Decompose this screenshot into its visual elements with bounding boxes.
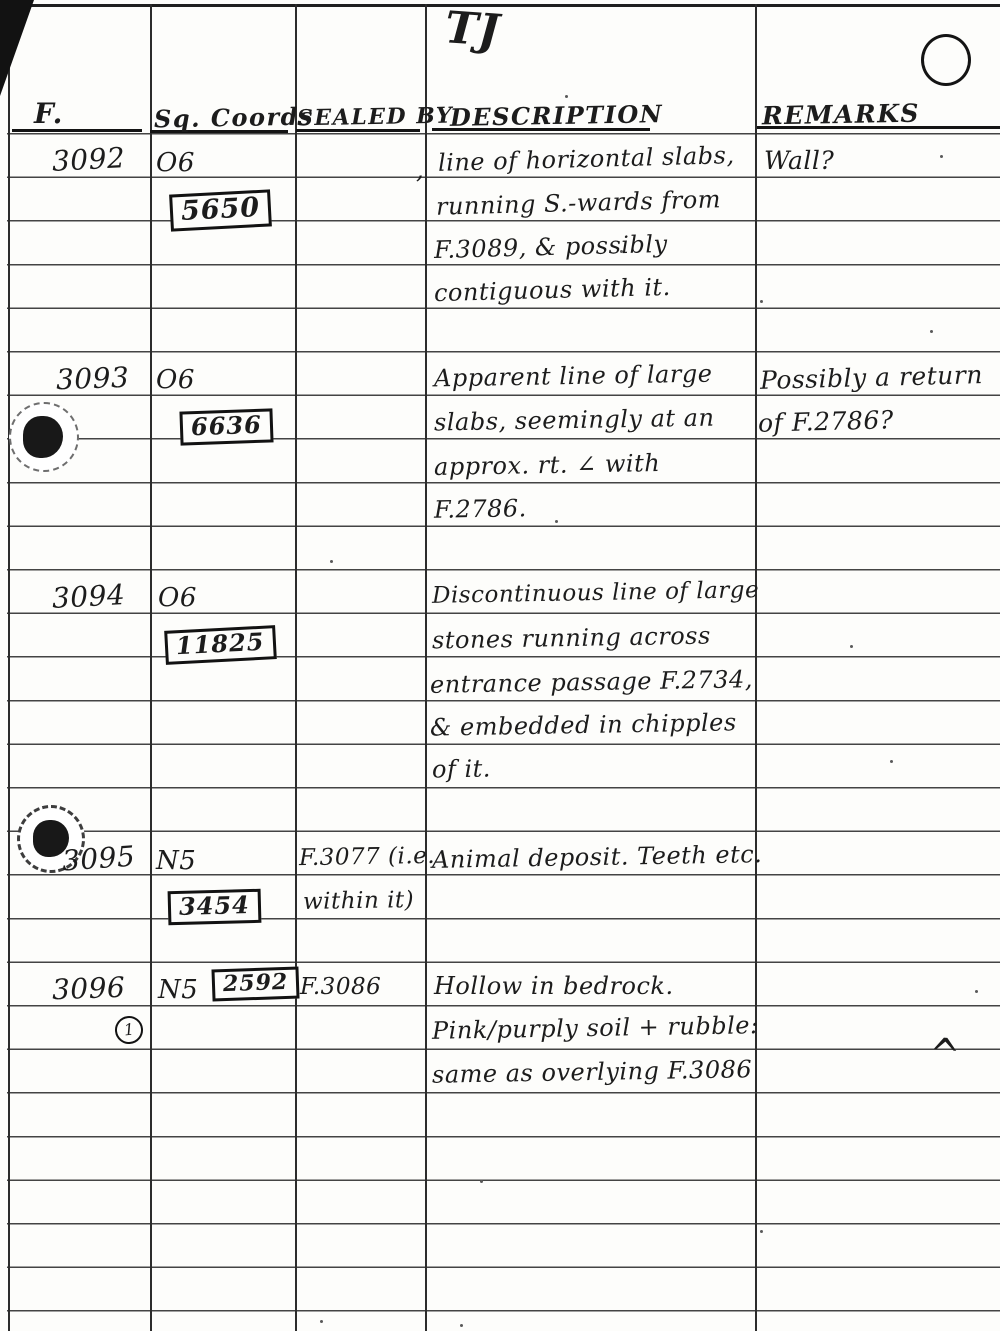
- description-line: of it.: [432, 756, 491, 781]
- scan-speck: [760, 300, 763, 303]
- description-line: slabs, seemingly at an: [434, 406, 715, 435]
- scan-speck: [930, 330, 933, 333]
- find-box-number: 5650: [169, 189, 272, 231]
- find-box-number: 3454: [168, 889, 262, 925]
- scan-speck: [480, 1180, 483, 1183]
- scan-speck: [940, 155, 943, 158]
- description-line: line of horizontal slabs,: [438, 143, 735, 175]
- feature-number: 3096: [52, 974, 126, 1005]
- scan-speck: [975, 990, 978, 993]
- description-line: contiguous with it.: [434, 275, 671, 305]
- sealed-by-line: within it): [303, 889, 415, 914]
- description-line: entrance passage F.2734,: [430, 667, 753, 697]
- column-divider-desc-remarks: [755, 4, 757, 1331]
- description-line: F.3089, & possibly: [434, 232, 668, 262]
- description-line: running S.-wards from: [436, 187, 722, 218]
- find-box-number: 11825: [164, 625, 276, 665]
- description-line: & embedded in chipples: [430, 710, 737, 739]
- remarks-line: of F.2786?: [758, 407, 894, 436]
- description-line: stones running across: [432, 624, 711, 653]
- punch-hole-upper: [9, 402, 79, 472]
- scan-speck: [565, 95, 568, 98]
- scan-speck: [555, 520, 558, 523]
- column-divider-sq-sealed: [295, 4, 297, 1331]
- find-box-number: 6636: [179, 408, 273, 445]
- scanned-feature-register-page: TJ ^ , F. Sq. Coords SEALED BY DESCRIPTI…: [0, 0, 1000, 1331]
- column-divider-f-sq: [150, 4, 152, 1331]
- scan-speck: [320, 1320, 323, 1323]
- drawn-circle-mark: [921, 34, 971, 86]
- column-header-sq-coords: Sq. Coords: [154, 105, 314, 132]
- description-line: Animal deposit. Teeth etc.: [432, 842, 763, 872]
- square-coords: N5: [158, 977, 198, 1003]
- sealed-by-line: F.3077 (i.e.: [299, 845, 435, 870]
- square-coords: O6: [158, 585, 197, 611]
- scan-corner-artifact: [0, 0, 34, 96]
- description-line: approx. rt. ∠ with: [434, 451, 661, 479]
- square-coords: N5: [156, 848, 196, 874]
- caret-mark: ^: [928, 1033, 961, 1081]
- scan-speck: [890, 760, 893, 763]
- find-box-number: 2592: [211, 966, 299, 1001]
- column-header-sealed-by: SEALED BY: [297, 105, 453, 130]
- description-line: Apparent line of large: [434, 362, 713, 391]
- scan-speck: [330, 560, 333, 563]
- header-underline-f: [12, 129, 142, 132]
- square-coords: O6: [156, 367, 195, 393]
- description-line: Hollow in bedrock.: [434, 974, 674, 998]
- description-line: Pink/purply soil + rubble:: [432, 1013, 759, 1043]
- remarks-line: Wall?: [764, 148, 834, 173]
- scan-speck: [760, 1230, 763, 1233]
- feature-number: 3094: [51, 581, 126, 613]
- stray-comma-mark: ,: [416, 158, 424, 182]
- square-coords: O6: [156, 150, 195, 176]
- description-line: same as overlying F.3086: [432, 1057, 753, 1087]
- description-line: F.2786.: [434, 496, 527, 522]
- scan-speck: [460, 1324, 463, 1327]
- feature-number: 3095: [61, 842, 136, 875]
- column-header-remarks: REMARKS: [762, 101, 920, 129]
- remarks-line: Possibly a return: [760, 362, 983, 393]
- column-header-f: F.: [34, 100, 64, 128]
- feature-number: 3092: [51, 144, 126, 176]
- column-header-description: DESCRIPTION: [450, 102, 664, 130]
- handwritten-initials-mark: TJ: [444, 6, 501, 54]
- sealed-by-line: F.3086: [300, 976, 381, 999]
- table-left-border: [8, 4, 10, 1331]
- scan-speck: [850, 645, 853, 648]
- feature-number: 3093: [56, 364, 130, 395]
- column-divider-sealed-desc: [425, 4, 427, 1331]
- description-line: Discontinuous line of large: [432, 579, 760, 608]
